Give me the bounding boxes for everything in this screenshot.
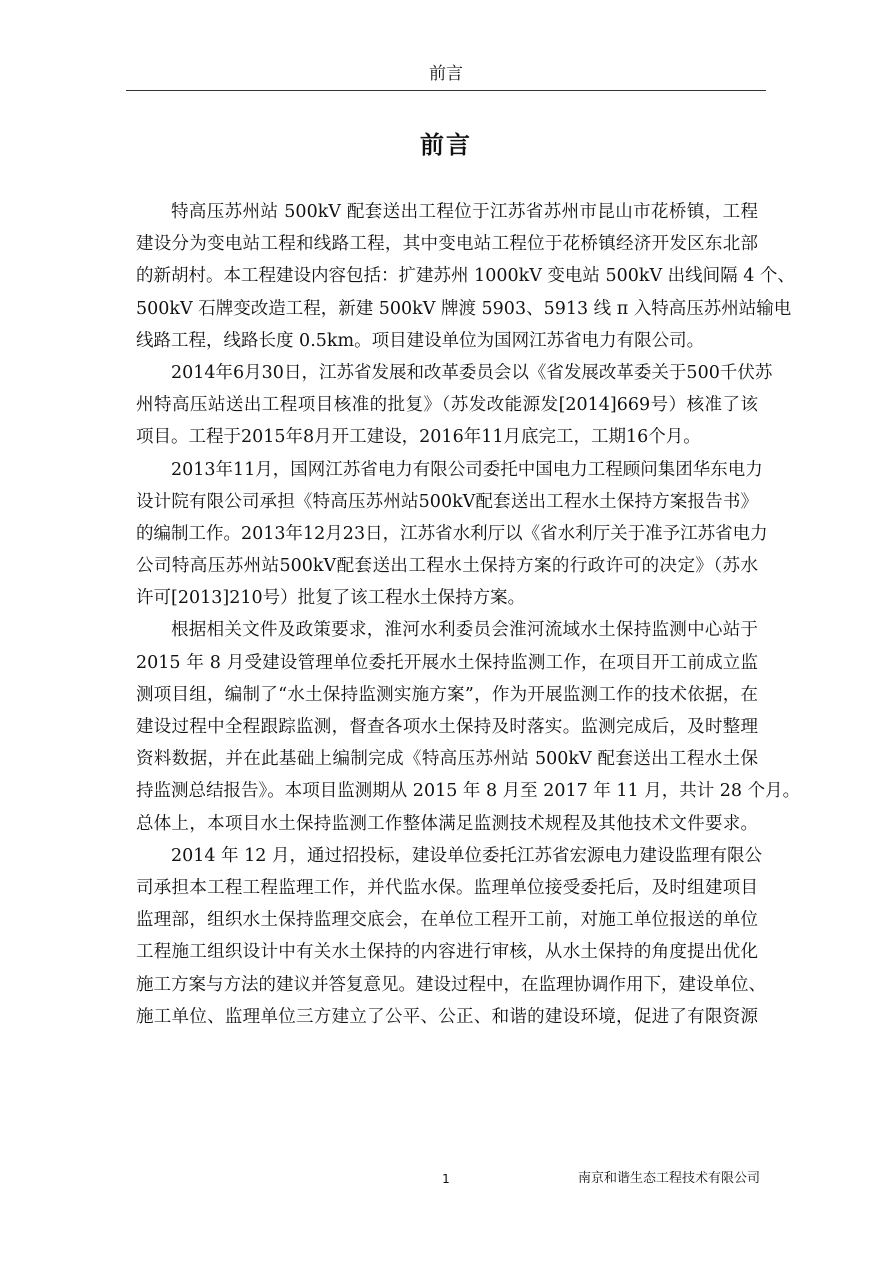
text-line: 线路工程，线路长度 0.5km。项目建设单位为国网江苏省电力有限公司。: [136, 325, 758, 357]
paragraph-2: 2014年6月30日，江苏省发展和改革委员会以《省发展改革委关于500千伏苏 州…: [136, 357, 758, 454]
page-title: 前言: [126, 128, 766, 162]
text-line: 工程施工组织设计中有关水土保持的内容进行审核，从水土保持的角度提出优化: [136, 936, 758, 968]
text-line: 2013年11月，国网江苏省电力有限公司委托中国电力工程顾问集团华东电力: [136, 454, 758, 486]
text-line: 的新胡村。本工程建设内容包括：扩建苏州 1000kV 变电站 500kV 出线间…: [136, 260, 758, 292]
text-line: 2014年6月30日，江苏省发展和改革委员会以《省发展改革委关于500千伏苏: [136, 357, 758, 389]
text-line: 持监测总结报告》。本项目监测期从 2015 年 8 月至 2017 年 11 月…: [136, 775, 758, 807]
text-line: 资料数据，并在此基础上编制完成《特高压苏州站 500kV 配套送出工程水土保: [136, 743, 758, 775]
text-line: 根据相关文件及政策要求，淮河水利委员会淮河流域水土保持监测中心站于: [136, 614, 758, 646]
text-line: 建设过程中全程跟踪监测，督查各项水土保持及时落实。监测完成后，及时整理: [136, 711, 758, 743]
paragraph-5: 2014 年 12 月，通过招投标，建设单位委托江苏省宏源电力建设监理有限公 司…: [136, 840, 758, 1033]
text-line: 500kV 石牌变改造工程，新建 500kV 牌渡 5903、5913 线 π …: [136, 293, 758, 325]
body-text: 特高压苏州站 500kV 配套送出工程位于江苏省苏州市昆山市花桥镇，工程 建设分…: [136, 196, 758, 1033]
text-line: 建设分为变电站工程和线路工程，其中变电站工程位于花桥镇经济开发区东北部: [136, 228, 758, 260]
text-line: 司承担本工程工程监理工作，并代监水保。监理单位接受委托后，及时组建项目: [136, 872, 758, 904]
text-line: 许可[2013]210号）批复了该工程水土保持方案。: [136, 582, 758, 614]
text-line: 监理部，组织水土保持监理交底会，在单位工程开工前，对施工单位报送的单位: [136, 904, 758, 936]
text-line: 2014 年 12 月，通过招投标，建设单位委托江苏省宏源电力建设监理有限公: [136, 840, 758, 872]
text-line: 特高压苏州站 500kV 配套送出工程位于江苏省苏州市昆山市花桥镇，工程: [136, 196, 758, 228]
text-line: 公司特高压苏州站500kV配套送出工程水土保持方案的行政许可的决定》（苏水: [136, 550, 758, 582]
running-header: 前言: [126, 62, 766, 86]
text-line: 总体上，本项目水土保持监测工作整体满足监测技术规程及其他技术文件要求。: [136, 808, 758, 840]
text-line: 2015 年 8 月受建设管理单位委托开展水土保持监测工作，在项目开工前成立监: [136, 647, 758, 679]
text-line: 州特高压站送出工程项目核准的批复》（苏发改能源发[2014]669号）核准了该: [136, 389, 758, 421]
text-line: 施工方案与方法的建议并答复意见。建设过程中，在监理协调作用下，建设单位、: [136, 969, 758, 1001]
text-line: 设计院有限公司承担《特高压苏州站500kV配套送出工程水土保持方案报告书》: [136, 486, 758, 518]
header-divider: [126, 90, 766, 91]
text-line: 施工单位、监理单位三方建立了公平、公正、和谐的建设环境，促进了有限资源: [136, 1001, 758, 1033]
footer-company: 南京和谐生态工程技术有限公司: [560, 1170, 760, 1188]
text-line: 测项目组，编制了“水土保持监测实施方案”，作为开展监测工作的技术依据，在: [136, 679, 758, 711]
text-line: 的编制工作。2013年12月23日，江苏省水利厅以《省水利厅关于准予江苏省电力: [136, 518, 758, 550]
paragraph-1: 特高压苏州站 500kV 配套送出工程位于江苏省苏州市昆山市花桥镇，工程 建设分…: [136, 196, 758, 357]
page-number: 1: [436, 1170, 456, 1188]
paragraph-4: 根据相关文件及政策要求，淮河水利委员会淮河流域水土保持监测中心站于 2015 年…: [136, 614, 758, 839]
text-line: 项目。工程于2015年8月开工建设，2016年11月底完工，工期16个月。: [136, 421, 758, 453]
paragraph-3: 2013年11月，国网江苏省电力有限公司委托中国电力工程顾问集团华东电力 设计院…: [136, 454, 758, 615]
